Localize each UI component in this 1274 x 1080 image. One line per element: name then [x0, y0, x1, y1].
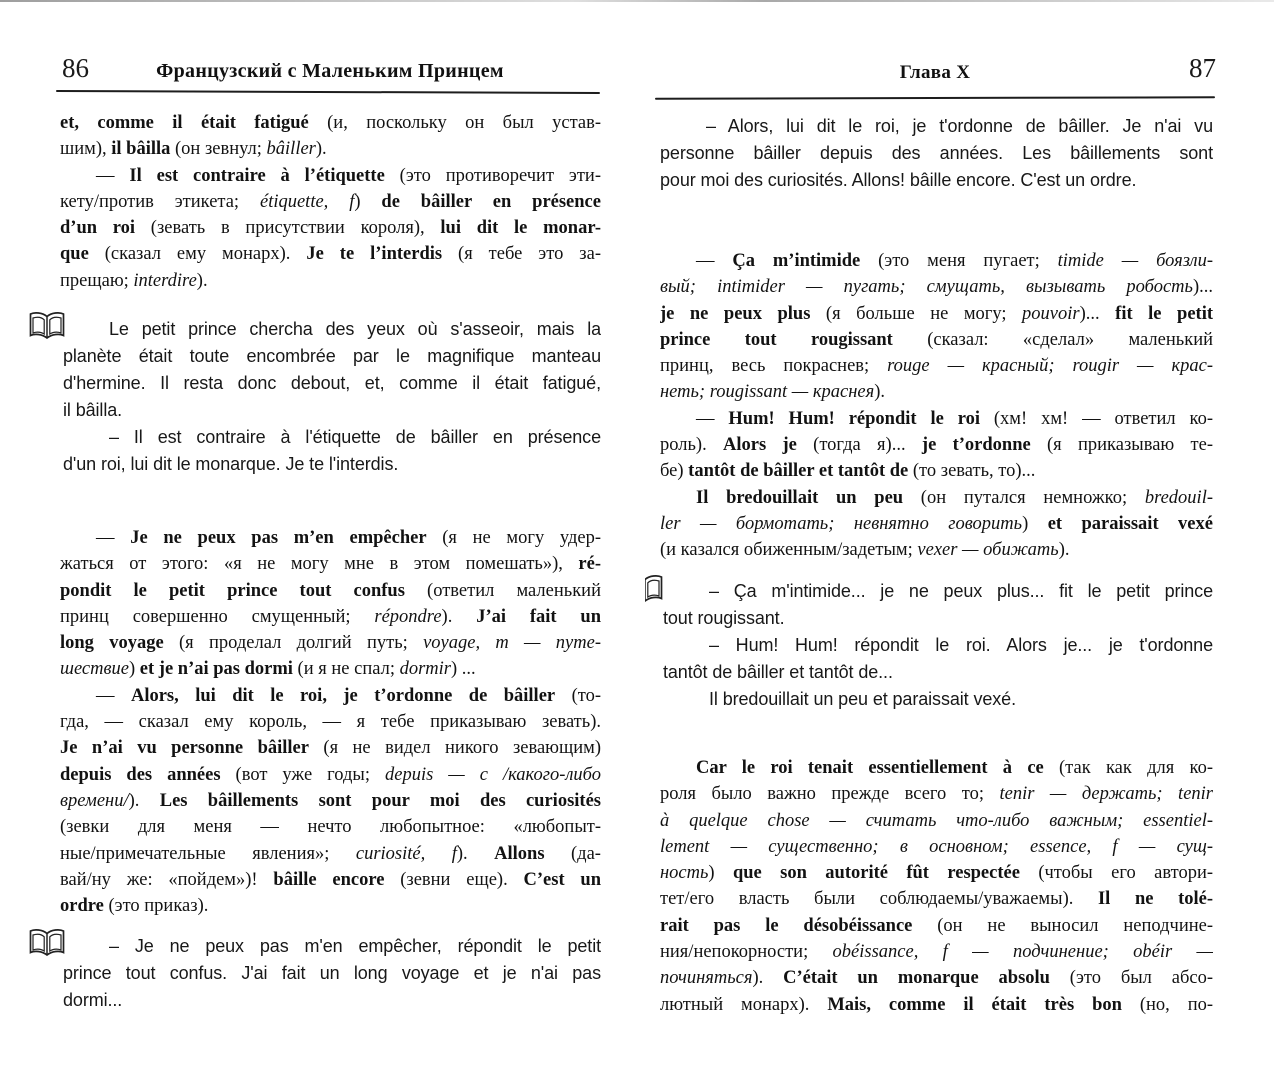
gloss-paragraph: Car le roi tenait essentiellement à ce (…	[660, 755, 1213, 1018]
left-page: 86 Французский с Маленьким Принцем et, c…	[0, 0, 637, 1080]
reading-paragraph: – Alors, lui dit le roi, je t'ordonne de…	[660, 113, 1213, 194]
book-spread-scan: 86 Французский с Маленьким Принцем et, c…	[0, 0, 1274, 1080]
gloss-paragraph: et, comme il était fatigué (и, поскольку…	[60, 110, 601, 294]
header-rule	[56, 90, 600, 94]
half-open-book-icon	[645, 574, 663, 609]
open-book-icon	[29, 928, 65, 963]
gloss-paragraph: — Je ne peux pas m’en empêcher (я не мог…	[60, 525, 601, 919]
open-book-icon	[29, 311, 65, 346]
page-number: 87	[1189, 53, 1216, 84]
reading-paragraph: Le petit prince chercha des yeux où s'as…	[63, 316, 601, 478]
header-rule	[655, 96, 1215, 99]
reading-paragraph: – Ça m'intimide... je ne peux plus... fi…	[663, 578, 1213, 713]
right-page: Глава X 87 – Alors, lui dit le roi, je t…	[637, 0, 1274, 1080]
reading-paragraph: – Je ne peux pas m'en empêcher, répondit…	[63, 933, 601, 1014]
chapter-running-title: Глава X	[657, 62, 1213, 84]
running-title: Французский с Маленьким Принцем	[60, 60, 600, 83]
gloss-paragraph: — Ça m’intimide (это меня пугает; timide…	[660, 248, 1213, 564]
